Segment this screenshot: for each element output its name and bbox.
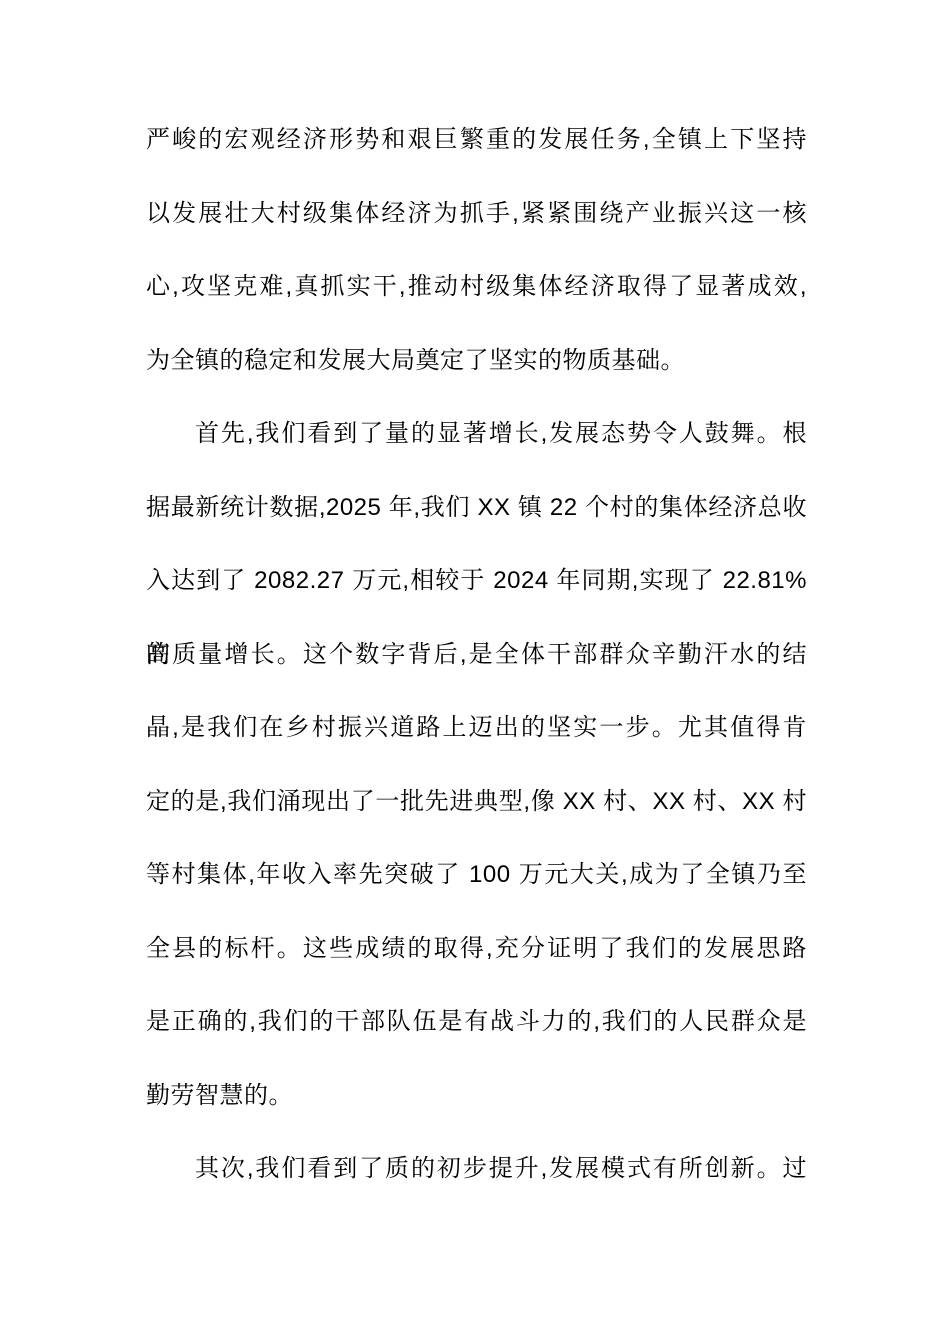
text-line-3: 心,攻坚克难,真抓实干,推动村级集体经济取得了显著成效, bbox=[146, 250, 807, 324]
document-page: 严峻的宏观经济形势和艰巨繁重的发展任务,全镇上下坚持 以发展壮大村级集体经济为抓… bbox=[0, 0, 950, 1344]
text-line-5: 首先,我们看到了量的显著增长,发展态势令人鼓舞。根 bbox=[146, 397, 807, 471]
text-line-11: 等村集体,年收入率先突破了 100 万元大关,成为了全镇乃至 bbox=[146, 838, 807, 912]
text-line-8: 高质量增长。这个数字背后,是全体干部群众辛勤汗水的结 bbox=[146, 618, 807, 692]
text-line-9: 晶,是我们在乡村振兴道路上迈出的坚实一步。尤其值得肯 bbox=[146, 691, 807, 765]
text-line-6: 据最新统计数据,2025 年,我们 XX 镇 22 个村的集体经济总收 bbox=[146, 471, 807, 545]
text-line-10: 定的是,我们涌现出了一批先进典型,像 XX 村、XX 村、XX 村 bbox=[146, 765, 807, 839]
text-line-2: 以发展壮大村级集体经济为抓手,紧紧围绕产业振兴这一核 bbox=[146, 177, 807, 251]
text-line-1: 严峻的宏观经济形势和艰巨繁重的发展任务,全镇上下坚持 bbox=[146, 103, 807, 177]
text-line-4: 为全镇的稳定和发展大局奠定了坚实的物质基础。 bbox=[146, 324, 807, 398]
text-line-7: 入达到了 2082.27 万元,相较于 2024 年同期,实现了 22.81%的 bbox=[146, 544, 807, 618]
page-text-body: 严峻的宏观经济形势和艰巨繁重的发展任务,全镇上下坚持 以发展壮大村级集体经济为抓… bbox=[146, 103, 807, 1206]
text-line-14: 勤劳智慧的。 bbox=[146, 1059, 807, 1133]
text-line-15: 其次,我们看到了质的初步提升,发展模式有所创新。过 bbox=[146, 1132, 807, 1206]
text-line-13: 是正确的,我们的干部队伍是有战斗力的,我们的人民群众是 bbox=[146, 985, 807, 1059]
text-line-12: 全县的标杆。这些成绩的取得,充分证明了我们的发展思路 bbox=[146, 912, 807, 986]
